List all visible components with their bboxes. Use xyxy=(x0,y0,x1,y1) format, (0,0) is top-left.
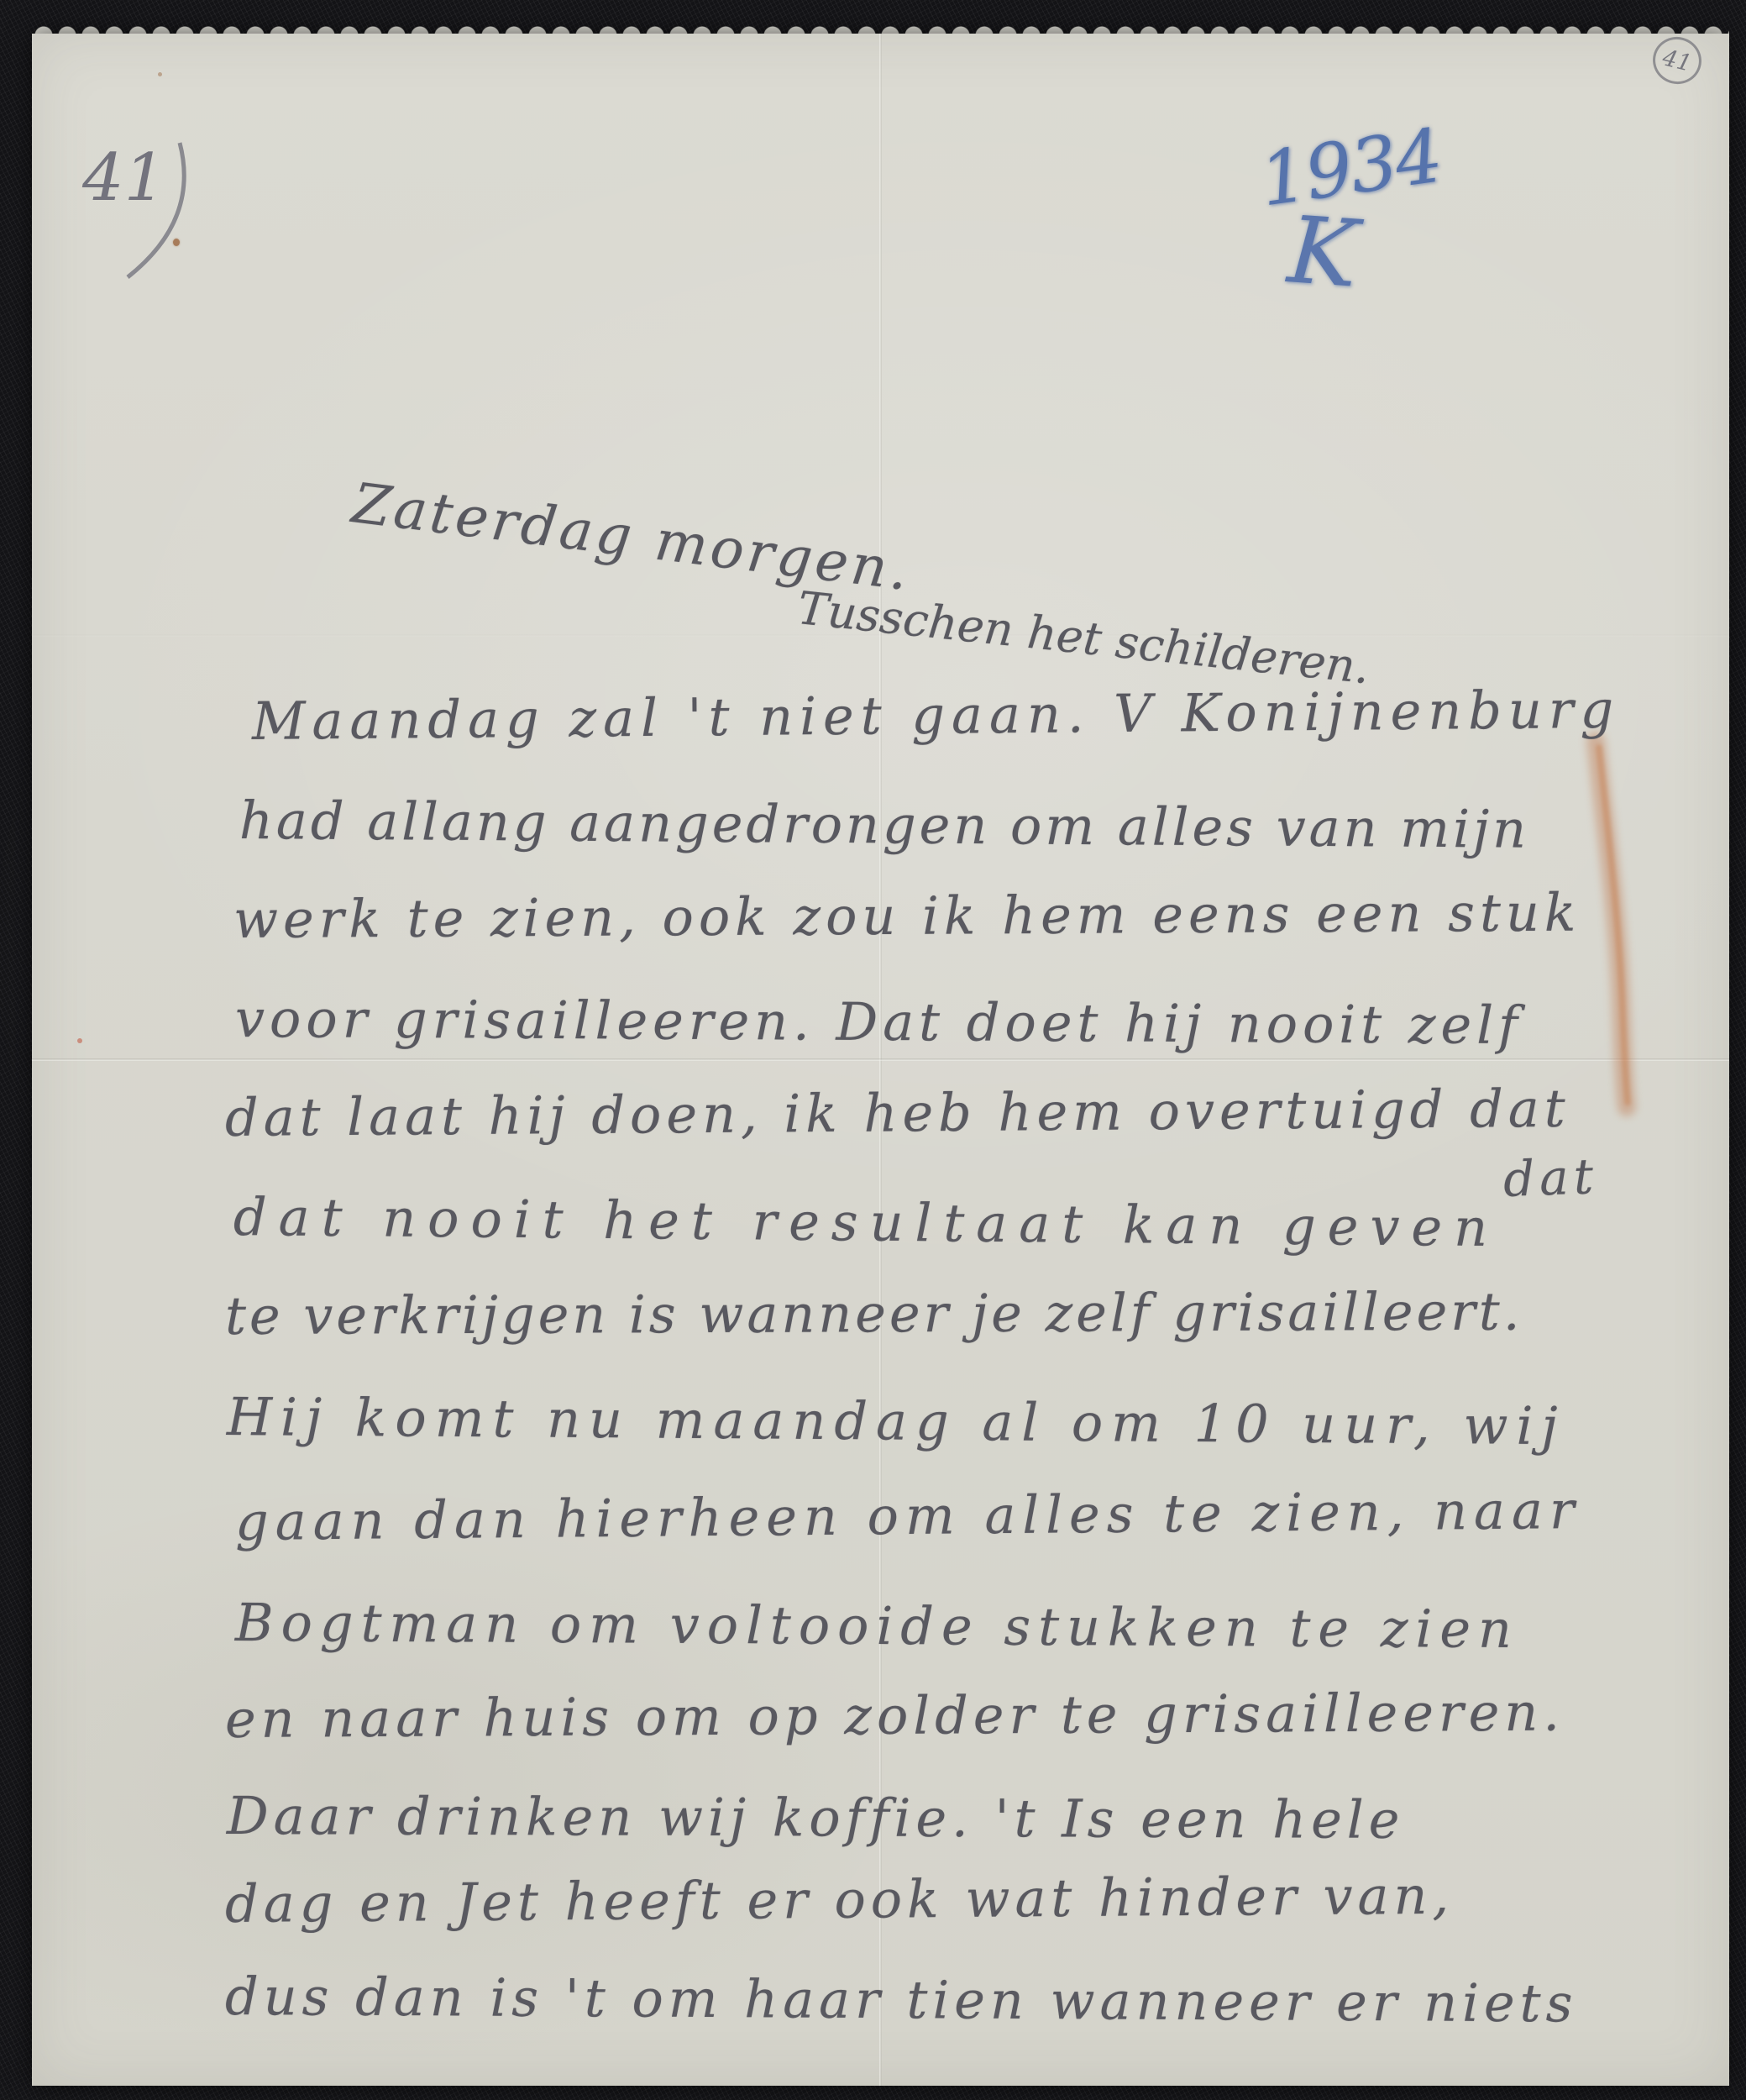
pencil-page-number-text: 41 xyxy=(81,140,165,216)
rust-stain-streak xyxy=(1569,722,1686,1142)
letter-scan: 41 1934 K Zaterdag morgen. Tusschen het … xyxy=(0,0,1746,2100)
letter-paper: 41 1934 K Zaterdag morgen. Tusschen het … xyxy=(32,34,1729,2086)
handwriting-line: dat nooit het resultaat kan geven xyxy=(233,1186,1500,1258)
handwriting-line: gaan dan hierheen om alles te zien, naar xyxy=(235,1479,1581,1552)
handwriting-line: dag en Jet heeft er ook wat hinder van, xyxy=(225,1865,1455,1935)
perforated-edge xyxy=(32,18,1729,35)
handwriting-line: Bogtman om voltooide stukken te zien xyxy=(235,1592,1519,1660)
horizontal-fold-crease xyxy=(32,1058,1729,1061)
salutation-line: Zaterdag morgen. xyxy=(349,470,915,603)
circled-page-number-text: 41 xyxy=(1660,45,1695,76)
paper-speck xyxy=(158,72,162,76)
handwriting-line: werk te zien, ook zou ik hem eens een st… xyxy=(233,882,1581,950)
initial-annotation: K xyxy=(1285,196,1361,307)
handwriting-line: had allang aangedrongen om alles van mij… xyxy=(239,790,1530,860)
handwriting-line: Daar drinken wij koffie. 't Is een hele xyxy=(227,1785,1405,1851)
handwriting-line: dat laat hij doen, ik heb hem overtuigd … xyxy=(225,1078,1570,1148)
handwriting-line: te verkrijgen is wanneer je zelf grisail… xyxy=(225,1281,1523,1347)
handwriting-line: Hij komt nu maandag al om 10 uur, wij xyxy=(227,1386,1566,1457)
paper-speck xyxy=(77,1038,82,1043)
pencil-page-number: 41 xyxy=(72,128,215,296)
handwriting-line: Maandag zal 't niet gaan. V Konijnenburg xyxy=(252,679,1621,752)
handwriting-line: voor grisailleeren. Dat doet hij nooit z… xyxy=(235,988,1523,1056)
handwriting-raised-word: dat xyxy=(1502,1147,1599,1208)
handwriting-line: en naar huis om op zolder te grisailleer… xyxy=(225,1682,1565,1750)
handwriting-line: dus dan is 't om haar tien wanneer er ni… xyxy=(225,1966,1578,2034)
